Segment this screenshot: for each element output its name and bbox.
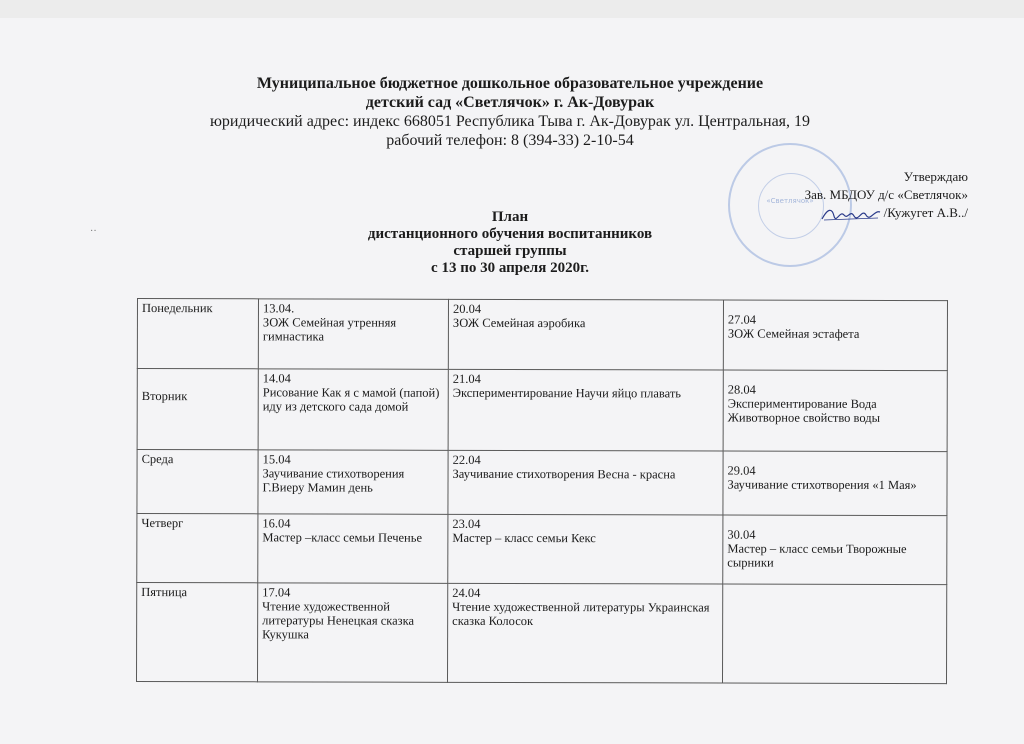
activity-cell: 21.04Экспериментирование Научи яйцо плав… bbox=[448, 369, 723, 451]
document-title: План дистанционного обучения воспитанник… bbox=[320, 209, 700, 277]
activity-description: Мастер – класс семьи Творожные сырники bbox=[727, 542, 942, 571]
activity-cell: 23.04Мастер – класс семьи Кекс bbox=[448, 514, 723, 584]
activity-date: 27.04 bbox=[728, 313, 943, 328]
scan-artifact-dots: ·· bbox=[90, 226, 97, 237]
header-legal-address: юридический адрес: индекс 668051 Республ… bbox=[180, 112, 840, 131]
activity-description: Экспериментирование Вода Животворное сво… bbox=[728, 397, 943, 426]
header-institution-name: детский сад «Светлячок» г. Ак-Довурак bbox=[180, 93, 840, 112]
activity-description: ЗОЖ Семейная эстафета bbox=[728, 327, 943, 342]
activity-description: Мастер –класс семьи Печенье bbox=[262, 530, 443, 544]
title-subject: дистанционного обучения воспитанников bbox=[320, 226, 700, 243]
schedule-row: Вторник14.04Рисование Как я с мамой (пап… bbox=[137, 369, 947, 452]
activity-cell: 30.04Мастер – класс семьи Творожные сырн… bbox=[723, 515, 947, 585]
title-plan: План bbox=[320, 209, 700, 226]
activity-date: 22.04 bbox=[453, 453, 719, 468]
activity-date bbox=[727, 597, 942, 598]
approval-label: Утверждаю bbox=[805, 168, 968, 186]
activity-cell: 27.04ЗОЖ Семейная эстафета bbox=[723, 300, 947, 371]
activity-cell: 28.04Экспериментирование Вода Животворно… bbox=[723, 370, 947, 452]
activity-cell: 20.04ЗОЖ Семейная аэробика bbox=[448, 299, 723, 370]
activity-description: Чтение художественной литературы Ненецка… bbox=[262, 599, 443, 641]
schedule-table: Понедельник13.04.ЗОЖ Семейная утренняя г… bbox=[136, 298, 948, 684]
activity-date: 17.04 bbox=[262, 585, 443, 599]
approval-position: Зав. МБДОУ д/с «Светлячок» bbox=[805, 186, 968, 204]
activity-cell: 29.04Заучивание стихотворения «1 Мая» bbox=[723, 451, 947, 516]
activity-date: 20.04 bbox=[453, 302, 719, 317]
activity-date: 30.04 bbox=[727, 528, 942, 543]
activity-date: 16.04 bbox=[262, 516, 443, 530]
activity-date: 29.04 bbox=[728, 464, 943, 479]
activity-date: 24.04 bbox=[452, 586, 718, 601]
scan-edge-strip bbox=[0, 0, 1024, 18]
header-phone: рабочий телефон: 8 (394-33) 2-10-54 bbox=[180, 131, 840, 150]
activity-cell: 13.04.ЗОЖ Семейная утренняя гимнастика bbox=[258, 299, 448, 369]
schedule-row: Понедельник13.04.ЗОЖ Семейная утренняя г… bbox=[137, 299, 947, 371]
activity-description: ЗОЖ Семейная утренняя гимнастика bbox=[263, 315, 444, 343]
approval-signer-line: /Кужугет А.В../ bbox=[805, 204, 968, 222]
activity-cell: 14.04Рисование Как я с мамой (папой) иду… bbox=[258, 369, 448, 450]
schedule-row: Пятница17.04Чтение художественной литера… bbox=[136, 583, 946, 684]
activity-description: Чтение художественной литературы Украинс… bbox=[452, 600, 718, 629]
activity-cell: 24.04Чтение художественной литературы Ук… bbox=[447, 583, 722, 683]
weekday-cell: Понедельник bbox=[137, 299, 258, 369]
activity-description: Экспериментирование Научи яйцо плавать bbox=[453, 386, 719, 401]
activity-description: Рисование Как я с мамой (папой) иду из д… bbox=[263, 385, 444, 413]
activity-cell: 17.04Чтение художественной литературы Не… bbox=[257, 583, 447, 682]
activity-description bbox=[727, 597, 942, 598]
weekday-cell: Четверг bbox=[137, 514, 258, 583]
activity-cell: 22.04Заучивание стихотворения Весна - кр… bbox=[448, 450, 723, 515]
schedule-row: Четверг16.04Мастер –класс семьи Печенье2… bbox=[137, 514, 947, 585]
activity-date: 14.04 bbox=[263, 371, 444, 385]
title-group: старшей группы bbox=[320, 243, 700, 260]
activity-cell: 15.04Заучивание стихотворения Г.Виеру Ма… bbox=[258, 450, 448, 514]
activity-date: 13.04. bbox=[263, 301, 444, 315]
activity-description: Заучивание стихотворения «1 Мая» bbox=[727, 478, 942, 493]
weekday-cell: Пятница bbox=[136, 583, 257, 682]
institution-header: Муниципальное бюджетное дошкольное образ… bbox=[180, 74, 840, 150]
approval-signer-name: /Кужугет А.В../ bbox=[884, 205, 968, 220]
activity-date: 23.04 bbox=[452, 517, 718, 532]
signature-icon bbox=[820, 206, 882, 222]
activity-cell: 16.04Мастер –класс семьи Печенье bbox=[258, 514, 448, 583]
activity-description: Заучивание стихотворения Весна - красна bbox=[453, 467, 719, 482]
title-period: с 13 по 30 апреля 2020г. bbox=[320, 260, 700, 277]
schedule-row: Среда15.04Заучивание стихотворения Г.Вие… bbox=[137, 450, 947, 516]
scanned-document-page: Муниципальное бюджетное дошкольное образ… bbox=[0, 0, 1024, 744]
activity-date: 21.04 bbox=[453, 372, 719, 387]
activity-description: Заучивание стихотворения Г.Виеру Мамин д… bbox=[262, 466, 443, 494]
activity-date: 15.04 bbox=[263, 452, 444, 466]
activity-cell bbox=[722, 584, 946, 684]
activity-description: Мастер – класс семьи Кекс bbox=[452, 531, 718, 546]
weekday-cell: Среда bbox=[137, 450, 258, 514]
weekday-cell: Вторник bbox=[137, 369, 258, 450]
approval-block: Утверждаю Зав. МБДОУ д/с «Светлячок» /Ку… bbox=[805, 168, 968, 222]
header-institution-type: Муниципальное бюджетное дошкольное образ… bbox=[180, 74, 840, 93]
activity-date: 28.04 bbox=[728, 383, 943, 398]
activity-description: ЗОЖ Семейная аэробика bbox=[453, 316, 719, 331]
